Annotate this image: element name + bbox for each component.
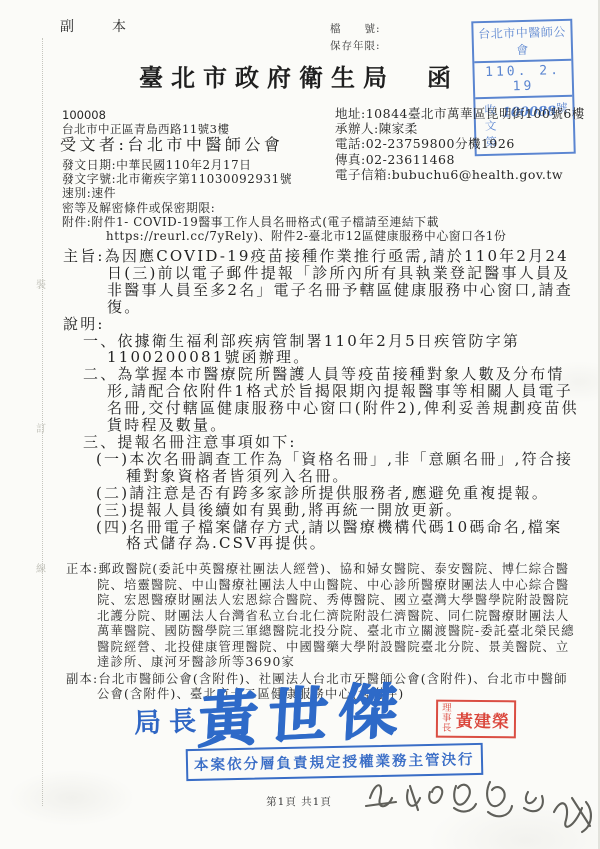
subject-paragraph: 主旨:為因應COVID-19疫苗接種作業推行亟需,請於110年2月24日(三)前… bbox=[63, 248, 579, 316]
original-recipients: 正本:郵政醫院(委託中英醫療社團法人經營)、協和婦女醫院、泰安醫院、博仁綜合醫院… bbox=[66, 562, 578, 671]
explanation-item-2: 二、為掌握本市醫療院所醫護人員等疫苗接種對象人數及分布情形,請配合依附件1格式於… bbox=[83, 366, 579, 434]
chairman-stamp-title: 理事長 bbox=[442, 704, 454, 734]
file-number-block: 檔 號: 保存年限: bbox=[330, 21, 381, 55]
binding-mark-zhuang: 裝 bbox=[36, 276, 46, 291]
document-title: 臺北市政府衛生局 函 bbox=[0, 58, 598, 93]
explanation-subitem-3: (三)提報人員後續如有異動,將再統一開放更新。 bbox=[96, 502, 579, 519]
explanation-subitem-4: (四)名冊電子檔案儲存方式,請以醫療機構代碼10碼命名,檔案格式儲存為.CSV再… bbox=[96, 519, 579, 553]
original-label: 正本: bbox=[66, 562, 98, 576]
receipt-stamp-org: 台北市中醫師公會 bbox=[473, 21, 571, 64]
handwritten-note bbox=[358, 770, 598, 846]
cc-label: 副本: bbox=[66, 672, 98, 686]
meta-doc-number: 發文字號:北市衛疾字第11030092931號 bbox=[62, 172, 580, 186]
chairman-stamp: 理事長 黃建榮 bbox=[436, 700, 516, 739]
signer-title: 局長 bbox=[133, 699, 204, 740]
binding-mark-xian: 線 bbox=[36, 560, 46, 575]
contact-address: 地址:10844臺北市萬華區昆明街100號6樓 bbox=[335, 106, 587, 121]
document-page: 裝 訂 線 副 本 檔 號: 保存年限: 台北市中醫師公會 110. 2. 19… bbox=[0, 0, 600, 849]
meta-date: 發文日期:中華民國110年2月17日 bbox=[62, 158, 580, 172]
meta-speed: 速別:速件 bbox=[62, 186, 580, 200]
explanation-label: 說明: bbox=[63, 316, 579, 333]
explanation-item-3: 三、提報名冊注意事項如下: bbox=[83, 434, 579, 451]
file-number-label: 檔 號: bbox=[330, 21, 381, 38]
explanation-subitem-1: (一)本次名冊調查工作為「資格名冊」,非「意願名冊」,符合接種對象資格者皆須列入… bbox=[96, 451, 579, 485]
contact-phone: 電話:02-23759800分機1926 bbox=[335, 136, 587, 151]
meta-attachment: 附件:附件1- COVID-19醫事工作人員名冊格式(電子檔請至連結下載http… bbox=[62, 215, 580, 243]
body-block: 主旨:為因應COVID-19疫苗接種作業推行亟需,請於110年2月24日(三)前… bbox=[63, 248, 579, 552]
retention-period-label: 保存年限: bbox=[330, 38, 381, 55]
subject-label: 主旨: bbox=[63, 247, 105, 265]
meta-block: 發文日期:中華民國110年2月17日 發文字號:北市衛疾字第1103009293… bbox=[62, 158, 580, 243]
binding-mark-ding: 訂 bbox=[36, 420, 46, 435]
meta-security: 密等及解密條件或保密期限: bbox=[62, 201, 580, 215]
recipient-line: 受文者:台北市中醫師公會 bbox=[60, 132, 283, 155]
subject-text: 為因應COVID-19疫苗接種作業推行亟需,請於110年2月24日(三)前以電子… bbox=[105, 247, 573, 316]
copy-label: 副 本 bbox=[60, 16, 138, 36]
original-text: 郵政醫院(委託中英醫療社團法人經營)、協和婦女醫院、泰安醫院、博仁綜合醫院、培靈… bbox=[97, 562, 575, 669]
explanation-subitem-2: (二)請注意是否有跨多家診所提供服務者,應避免重複提報。 bbox=[96, 485, 579, 502]
chairman-stamp-name: 黃建榮 bbox=[456, 706, 510, 731]
sender-code: 100008 bbox=[62, 108, 106, 122]
contact-officer: 承辦人:陳家柔 bbox=[335, 121, 587, 136]
explanation-item-1: 一、依據衛生福利部疾病管制署110年2月5日疾管防字第1100200081號函辦… bbox=[83, 333, 579, 367]
